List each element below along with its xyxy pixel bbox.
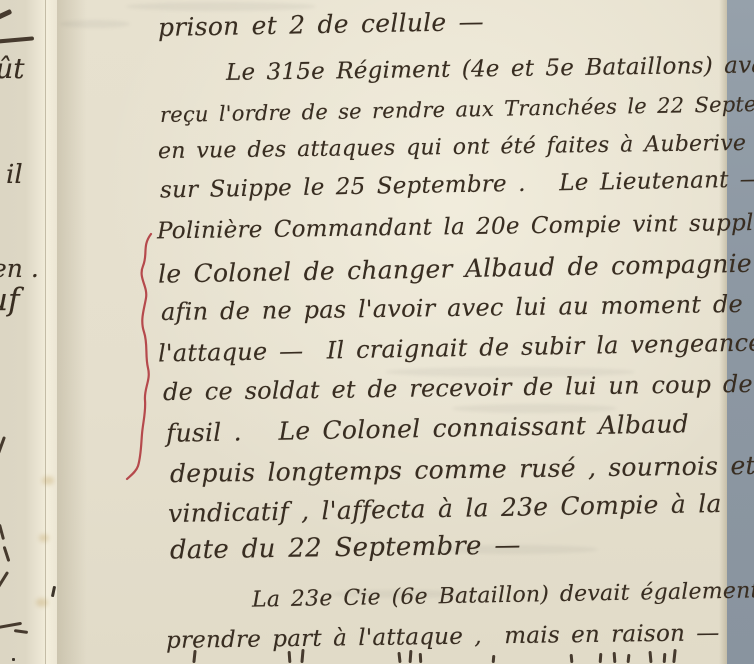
red-margin-wavy-line [118, 228, 158, 488]
manuscript-line: prison et 2 de cellule — [158, 7, 484, 42]
gutter-fold-shadow [57, 0, 87, 664]
ink-fleck [12, 658, 15, 661]
paper-stain [39, 534, 49, 542]
bleedthrough-smudge [60, 20, 130, 28]
facing-page-word-fragment: uf [0, 282, 19, 318]
paper-stain [42, 476, 54, 485]
scanned-manuscript: tût il en . uf prison et 2 de cellule — … [0, 0, 754, 664]
paper-stain [36, 598, 48, 607]
facing-page-edge [0, 0, 46, 664]
facing-page-word-fragment: en . [0, 254, 39, 283]
facing-page-word-fragment: il [6, 160, 23, 190]
facing-page-word-fragment: tût [0, 52, 25, 85]
manuscript-line: date du 22 Septembre — [170, 531, 521, 566]
cut-off-line-stroke [419, 653, 422, 663]
gutter-fold-highlight [46, 0, 57, 664]
